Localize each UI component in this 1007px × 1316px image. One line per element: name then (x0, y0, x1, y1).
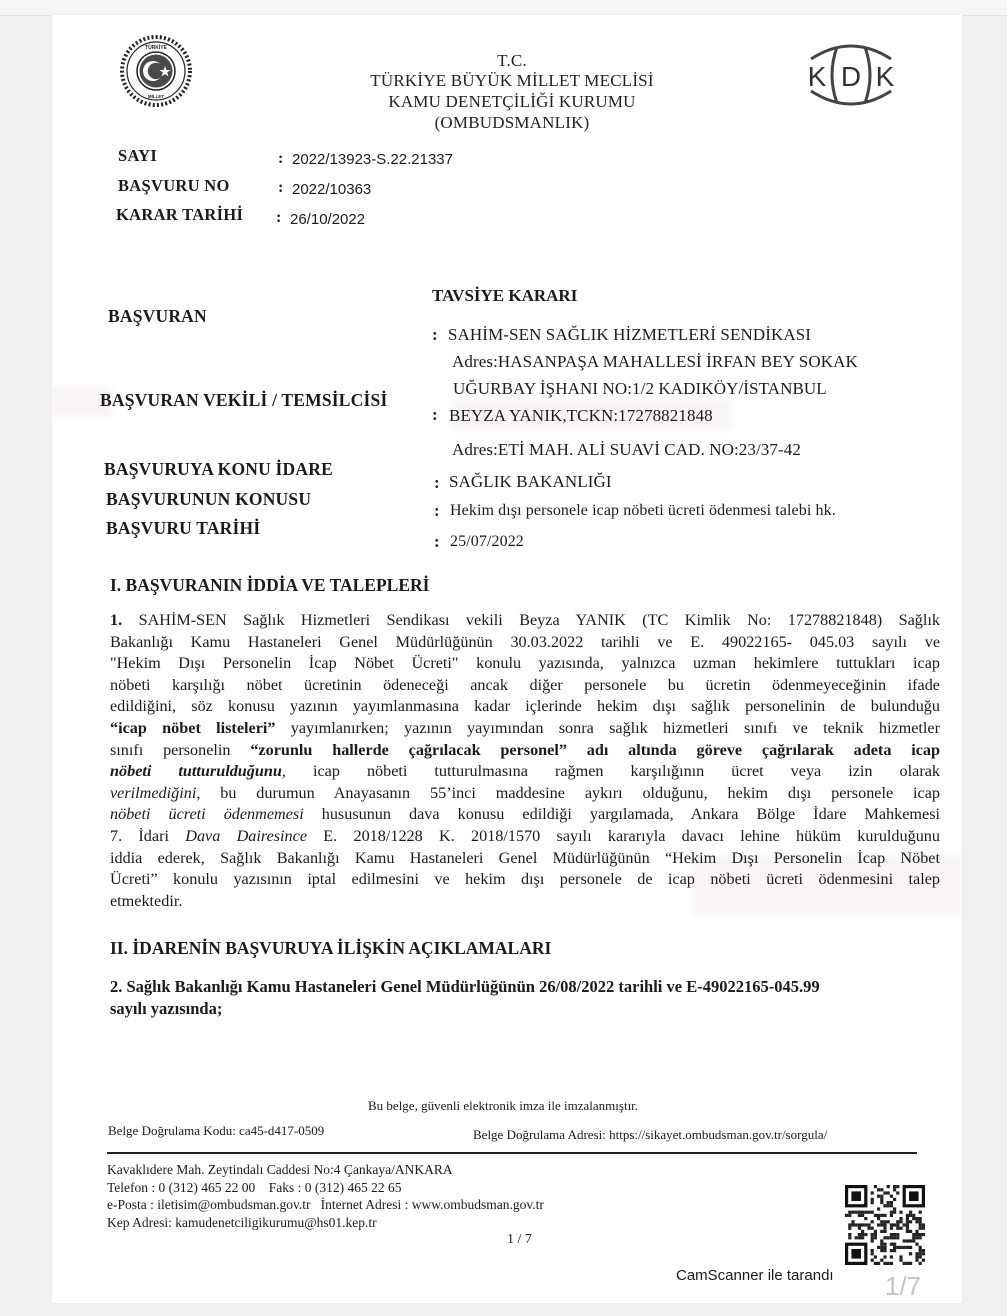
section1-heading: I. BAŞVURANIN İDDİA VE TALEPLERİ (110, 575, 429, 596)
colon: : (434, 501, 440, 521)
paragraph-line: “icap nöbet listeleri” yayımlanırken; ya… (110, 718, 940, 740)
footer-divider (107, 1152, 917, 1154)
applicant-address-line2: UĞURBAY İŞHANI NO:1/2 KADIKÖY/İSTANBUL (453, 379, 827, 399)
meta-value-karar-tarihi: 26/10/2022 (290, 211, 365, 228)
administration-label: BAŞVURUYA KONU İDARE (104, 459, 333, 480)
meta-colon: : (278, 179, 283, 197)
paragraph-line: 7. İdari Dava Dairesince E. 2018/1228 K.… (110, 826, 940, 848)
paragraph-line: "Hekim Dışı Personelin İcap Nöbet Ücreti… (110, 653, 940, 675)
contact-address: Kavaklıdere Mah. Zeytindalı Caddesi No:4… (107, 1161, 544, 1179)
representative-name: BEYZA YANIK,TCKN:17278821848 (449, 406, 713, 426)
paragraph-line: verilmediğini, bu durumun Anayasanın 55’… (110, 783, 940, 805)
header-tc: T.C. (312, 51, 712, 71)
verification-address: Belge Doğrulama Adresi: https://sikayet.… (473, 1127, 827, 1143)
page-counter: 1/7 (885, 1271, 921, 1302)
applicant-address-line1: Adres:HASANPAŞA MAHALLESİ İRFAN BEY SOKA… (452, 352, 858, 372)
colon: : (432, 325, 438, 345)
paragraph-line: nöbeti karşılığı nöbet ücretinin ödenece… (110, 675, 940, 697)
kdk-logo-icon: K D K (797, 37, 905, 113)
section2-paragraph: 2. Sağlık Bakanlığı Kamu Hastaneleri Gen… (110, 976, 940, 1020)
date-label: BAŞVURU TARİHİ (106, 518, 260, 539)
paragraph-line: edildiğini, söz konusu yazının yayımlanm… (110, 696, 940, 718)
paragraph-line: nöbeti tutturulduğunu, icap nöbeti tuttu… (110, 761, 940, 783)
paragraph-line: Ücreti” konulu yazısının iptal edilmesin… (110, 869, 940, 891)
svg-text:MİLLET: MİLLET (148, 93, 164, 99)
contact-phone: Telefon : 0 (312) 465 22 00 Faks : 0 (31… (107, 1179, 544, 1197)
paragraph-number: 1. (110, 611, 122, 629)
svg-text:K: K (876, 61, 895, 92)
decision-title: TAVSİYE KARARI (432, 286, 577, 306)
tbmm-seal-icon: TÜRKİYE MİLLET (120, 35, 192, 107)
svg-text:TÜRKİYE: TÜRKİYE (145, 44, 168, 51)
contact-block: Kavaklıdere Mah. Zeytindalı Caddesi No:4… (107, 1161, 544, 1231)
paragraph-line: 1. SAHİM-SEN Sağlık Hizmetleri Sendikası… (110, 610, 940, 632)
meta-value-basvuru-no: 2022/10363 (292, 181, 371, 198)
subject-value: Hekim dışı personele icap nöbeti ücreti … (450, 502, 836, 520)
document-page: TÜRKİYE MİLLET K D K T.C. TÜRKİYE BÜYÜK … (52, 15, 962, 1303)
representative-label: BAŞVURAN VEKİLİ / TEMSİLCİSİ (100, 390, 387, 411)
paragraph-line: etmektedir. (110, 891, 940, 913)
date-value: 25/07/2022 (450, 533, 524, 551)
paragraph-line: Bakanlığı Kamu Hastaneleri Genel Müdürlü… (110, 632, 940, 654)
viewer-top-bar (0, 0, 1007, 16)
header-kdk: KAMU DENETÇİLİĞİ KURUMU (312, 92, 712, 112)
verification-code: Belge Doğrulama Kodu: ca45-d417-0509 (108, 1123, 324, 1139)
contact-kep: Kep Adresi: kamudenetciligikurumu@hs01.k… (107, 1214, 544, 1232)
colon: : (432, 405, 438, 425)
signature-note: Bu belge, güvenli elektronik imza ile im… (368, 1098, 638, 1114)
header-ombudsmanlik: (OMBUDSMANLIK) (312, 113, 712, 133)
section2-heading: II. İDARENİN BAŞVURUYA İLİŞKİN AÇIKLAMAL… (110, 938, 551, 959)
section2-paragraph-line2: sayılı yazısında; (110, 998, 940, 1020)
colon: : (434, 532, 440, 552)
section1-paragraph: 1. SAHİM-SEN Sağlık Hizmetleri Sendikası… (110, 610, 940, 912)
meta-label-basvuru-no: BAŞVURU NO (118, 176, 230, 196)
paragraph-line: iddia ederek, Sağlık Bakanlığı Kamu Hast… (110, 848, 940, 870)
paragraph-line: nöbeti ücreti ödenmemesi hususunun dava … (110, 804, 940, 826)
paragraph-line: sınıfı personelin “zorunlu hallerde çağr… (110, 740, 940, 762)
meta-value-sayi: 2022/13923-S.22.21337 (292, 151, 453, 168)
svg-text:D: D (841, 61, 861, 92)
applicant-label: BAŞVURAN (108, 306, 207, 327)
meta-colon: : (278, 150, 283, 168)
contact-email-web: e-Posta : iletisim@ombudsman.gov.tr İnte… (107, 1196, 544, 1214)
header-tbmm: TÜRKİYE BÜYÜK MİLLET MECLİSİ (312, 71, 712, 91)
meta-label-karar-tarihi: KARAR TARİHİ (116, 205, 243, 225)
representative-address: Adres:ETİ MAH. ALİ SUAVİ CAD. NO:23/37-4… (452, 440, 801, 460)
svg-text:K: K (808, 61, 827, 92)
camscanner-label: CamScanner ile tarandı (676, 1267, 834, 1284)
qr-code-icon (845, 1185, 925, 1265)
subject-label: BAŞVURUNUN KONUSU (106, 489, 311, 510)
section2-paragraph-line1: 2. Sağlık Bakanlığı Kamu Hastaneleri Gen… (110, 976, 940, 998)
page-number: 1 / 7 (507, 1232, 532, 1248)
meta-colon: : (276, 209, 281, 227)
meta-label-sayi: SAYI (118, 146, 157, 166)
administration-value: SAĞLIK BAKANLIĞI (449, 472, 612, 492)
applicant-name: SAHİM-SEN SAĞLIK HİZMETLERİ SENDİKASI (448, 325, 811, 345)
colon: : (434, 473, 440, 493)
